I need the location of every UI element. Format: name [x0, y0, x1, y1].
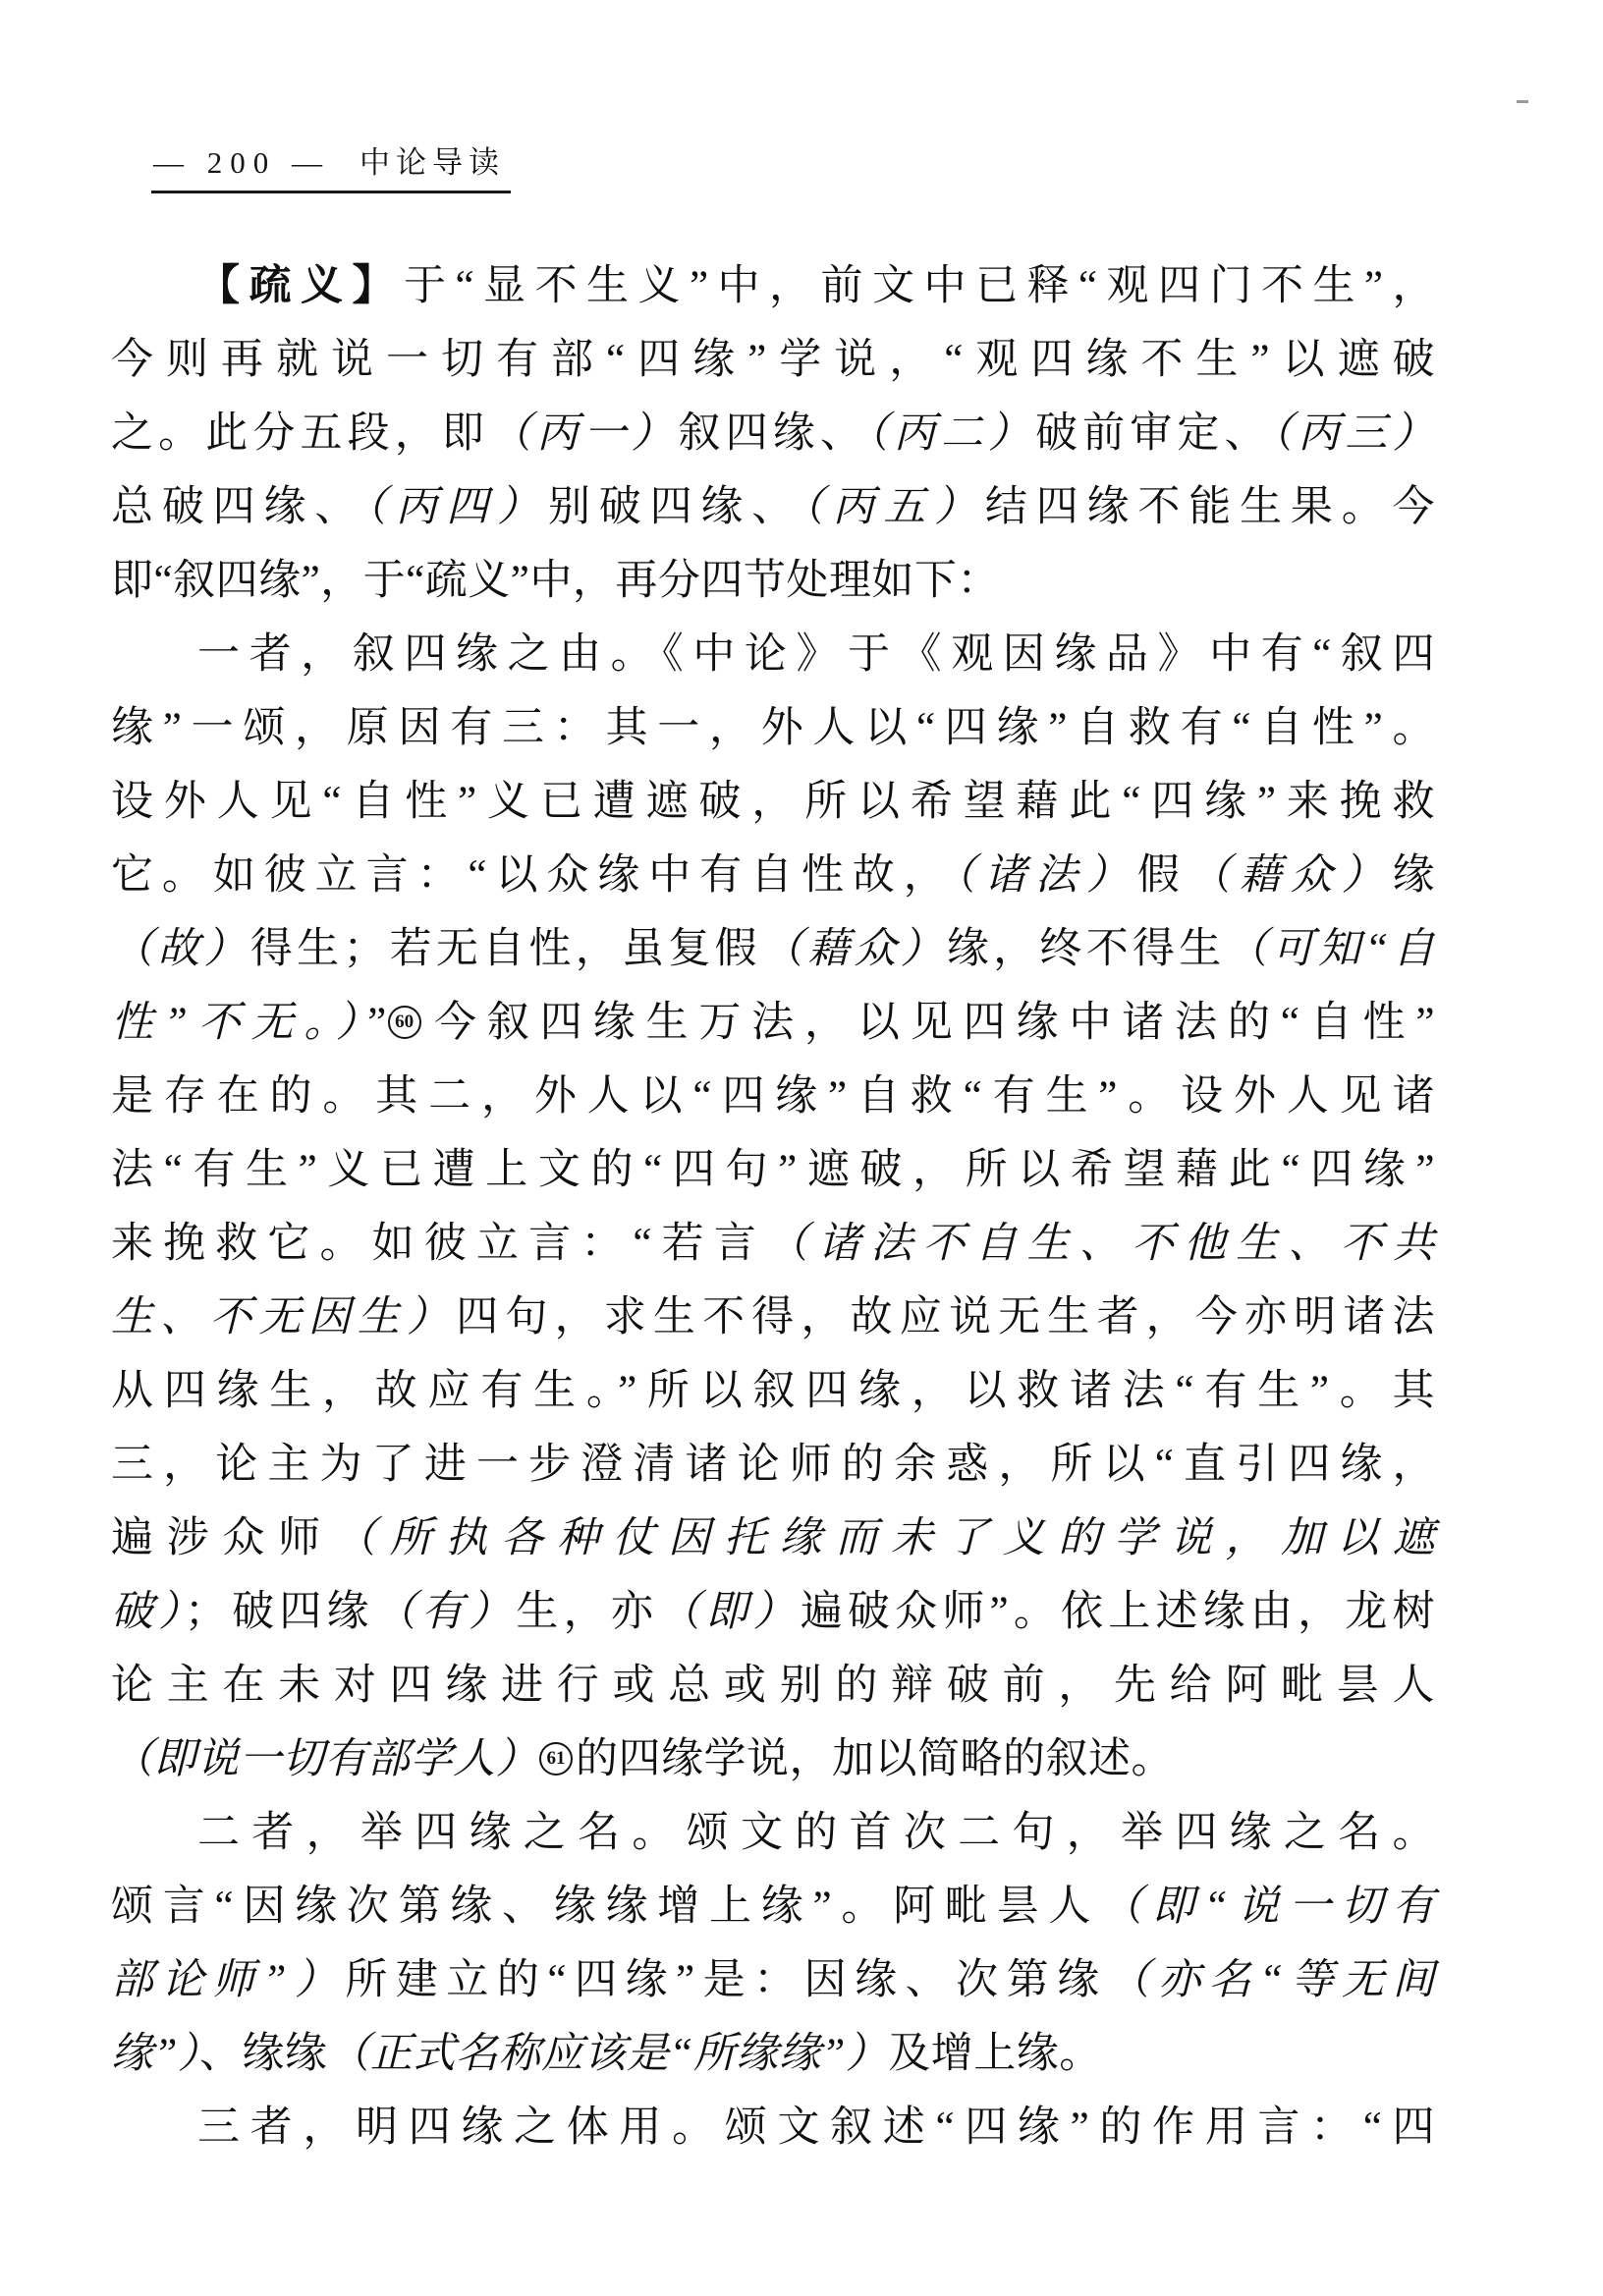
kai-annotation: （丙三）: [1272, 410, 1435, 457]
kai-annotation: 部论师”）: [111, 1957, 345, 2003]
text-line: 二者，举四缘之名。颂文的首次二句，举四缘之名。: [111, 1796, 1435, 1870]
text-line: 法“有生”义已遭上文的“四句”遮破，所以希望藉此“四缘”: [111, 1133, 1435, 1207]
kai-annotation: 性”不无。）: [111, 1000, 367, 1046]
text-line: 之。此分五段，即（丙一）叙四缘、（丙二）破前审定、（丙三）: [111, 397, 1435, 470]
kai-annotation: （即）: [658, 1589, 801, 1635]
text-line: 总破四缘、（丙四）别破四缘、（丙五）结四缘不能生果。今: [111, 470, 1435, 544]
footnote-marker: 60: [388, 1006, 421, 1039]
page-number: — 200 —: [153, 145, 330, 180]
text-line: 破）；破四缘（有）生，亦（即）遍破众师”。依上述缘由，龙树: [111, 1575, 1435, 1649]
kai-annotation: 缘”）: [111, 2031, 199, 2077]
section-label: 【疏义】: [197, 263, 404, 309]
book-title: 中论导读: [359, 145, 505, 180]
kai-annotation: （丙一）: [489, 410, 679, 457]
text-line: 论主在未对四缘进行或总或别的辩破前，先给阿毗昙人: [111, 1649, 1435, 1722]
footnote-marker: 61: [539, 1742, 573, 1776]
kai-annotation: （可知“自: [1226, 926, 1436, 972]
kai-annotation: 破）: [111, 1589, 185, 1635]
text-line: 从四缘生，故应有生。”所以叙四缘，以救诸法“有生”。其: [111, 1354, 1435, 1428]
running-header: — 200 —中论导读: [151, 143, 511, 193]
text-line: 颂言“因缘次第缘、缘缘增上缘”。阿毗昙人（即“说一切有: [111, 1870, 1435, 1943]
text-line: 缘”）、缘缘（正式名称应该是“所缘缘”）及增上缘。: [111, 2017, 1435, 2091]
text-line: 它。如彼立言：“以众缘中有自性故，（诸法）假（藉众）缘: [111, 839, 1435, 912]
kai-annotation: （即说一切有部学人）: [111, 1736, 538, 1782]
text-line: 三者，明四缘之体用。颂文叙述“四缘”的作用言：“四: [111, 2091, 1435, 2164]
kai-annotation: （丙四）: [365, 484, 548, 530]
text-line: 生、不无因生）四句，求生不得，故应说无生者，今亦明诸法: [111, 1281, 1435, 1354]
text-line: 性”不无。）”60今叙四缘生万法，以见四缘中诸法的“自性”: [111, 986, 1435, 1060]
kai-annotation: （所执各种仗因托缘而未了义的学说，加以遮: [334, 1515, 1435, 1561]
scan-artifact-mark: [1517, 100, 1528, 103]
kai-annotation: （即“说一切有: [1100, 1884, 1435, 1930]
kai-annotation: （诸法不自生、不他生、不共: [766, 1221, 1435, 1267]
kai-annotation: （丙五）: [802, 484, 985, 530]
text-line: 来挽救它。如彼立言：“若言（诸法不自生、不他生、不共: [111, 1207, 1435, 1281]
text-line: 【疏义】于“显不生义”中，前文中已释“观四门不生”，: [111, 249, 1435, 323]
book-page: — 200 —中论导读 【疏义】于“显不生义”中，前文中已释“观四门不生”，今则…: [0, 0, 1603, 2296]
text-line: 今则再就说一切有部“四缘”学说，“观四缘不生”以遮破: [111, 323, 1435, 397]
kai-annotation: （藉众）: [1188, 852, 1393, 899]
kai-annotation: （正式名称应该是“所缘缘”）: [327, 2031, 888, 2077]
kai-annotation: （故）: [111, 926, 250, 972]
body-text: 【疏义】于“显不生义”中，前文中已释“观四门不生”，今则再就说一切有部“四缘”学…: [111, 249, 1435, 2164]
text-line: 缘”一颂，原因有三：其一，外人以“四缘”自救有“自性”。: [111, 691, 1435, 765]
kai-annotation: （亦名“等无间: [1108, 1957, 1435, 2003]
text-line: 一者，叙四缘之由。《中论》于《观因缘品》中有“叙四: [111, 618, 1435, 691]
text-line: 即“叙四缘”，于“疏义”中，再分四节处理如下：: [111, 544, 1435, 618]
kai-annotation: （丙二）: [867, 410, 1035, 457]
text-line: 部论师”）所建立的“四缘”是：因缘、次第缘（亦名“等无间: [111, 1943, 1435, 2017]
text-line: 遍涉众师（所执各种仗因托缘而未了义的学说，加以遮: [111, 1502, 1435, 1575]
kai-annotation: 生、不无因生）: [111, 1294, 456, 1340]
text-line: 三，论主为了进一步澄清诸论师的余惑，所以“直引四缘，: [111, 1428, 1435, 1502]
kai-annotation: （诸法）: [955, 852, 1137, 899]
kai-annotation: （有）: [374, 1589, 517, 1635]
text-line: 是存在的。其二，外人以“四缘”自救“有生”。设外人见诸: [111, 1060, 1435, 1133]
kai-annotation: （藉众）: [761, 926, 947, 972]
text-line: 设外人见“自性”义已遭遮破，所以希望藉此“四缘”来挽救: [111, 765, 1435, 839]
text-line: （即说一切有部学人）61的四缘学说，加以简略的叙述。: [111, 1722, 1435, 1796]
text-line: （故）得生；若无自性，虽复假（藉众）缘，终不得生（可知“自: [111, 912, 1435, 986]
